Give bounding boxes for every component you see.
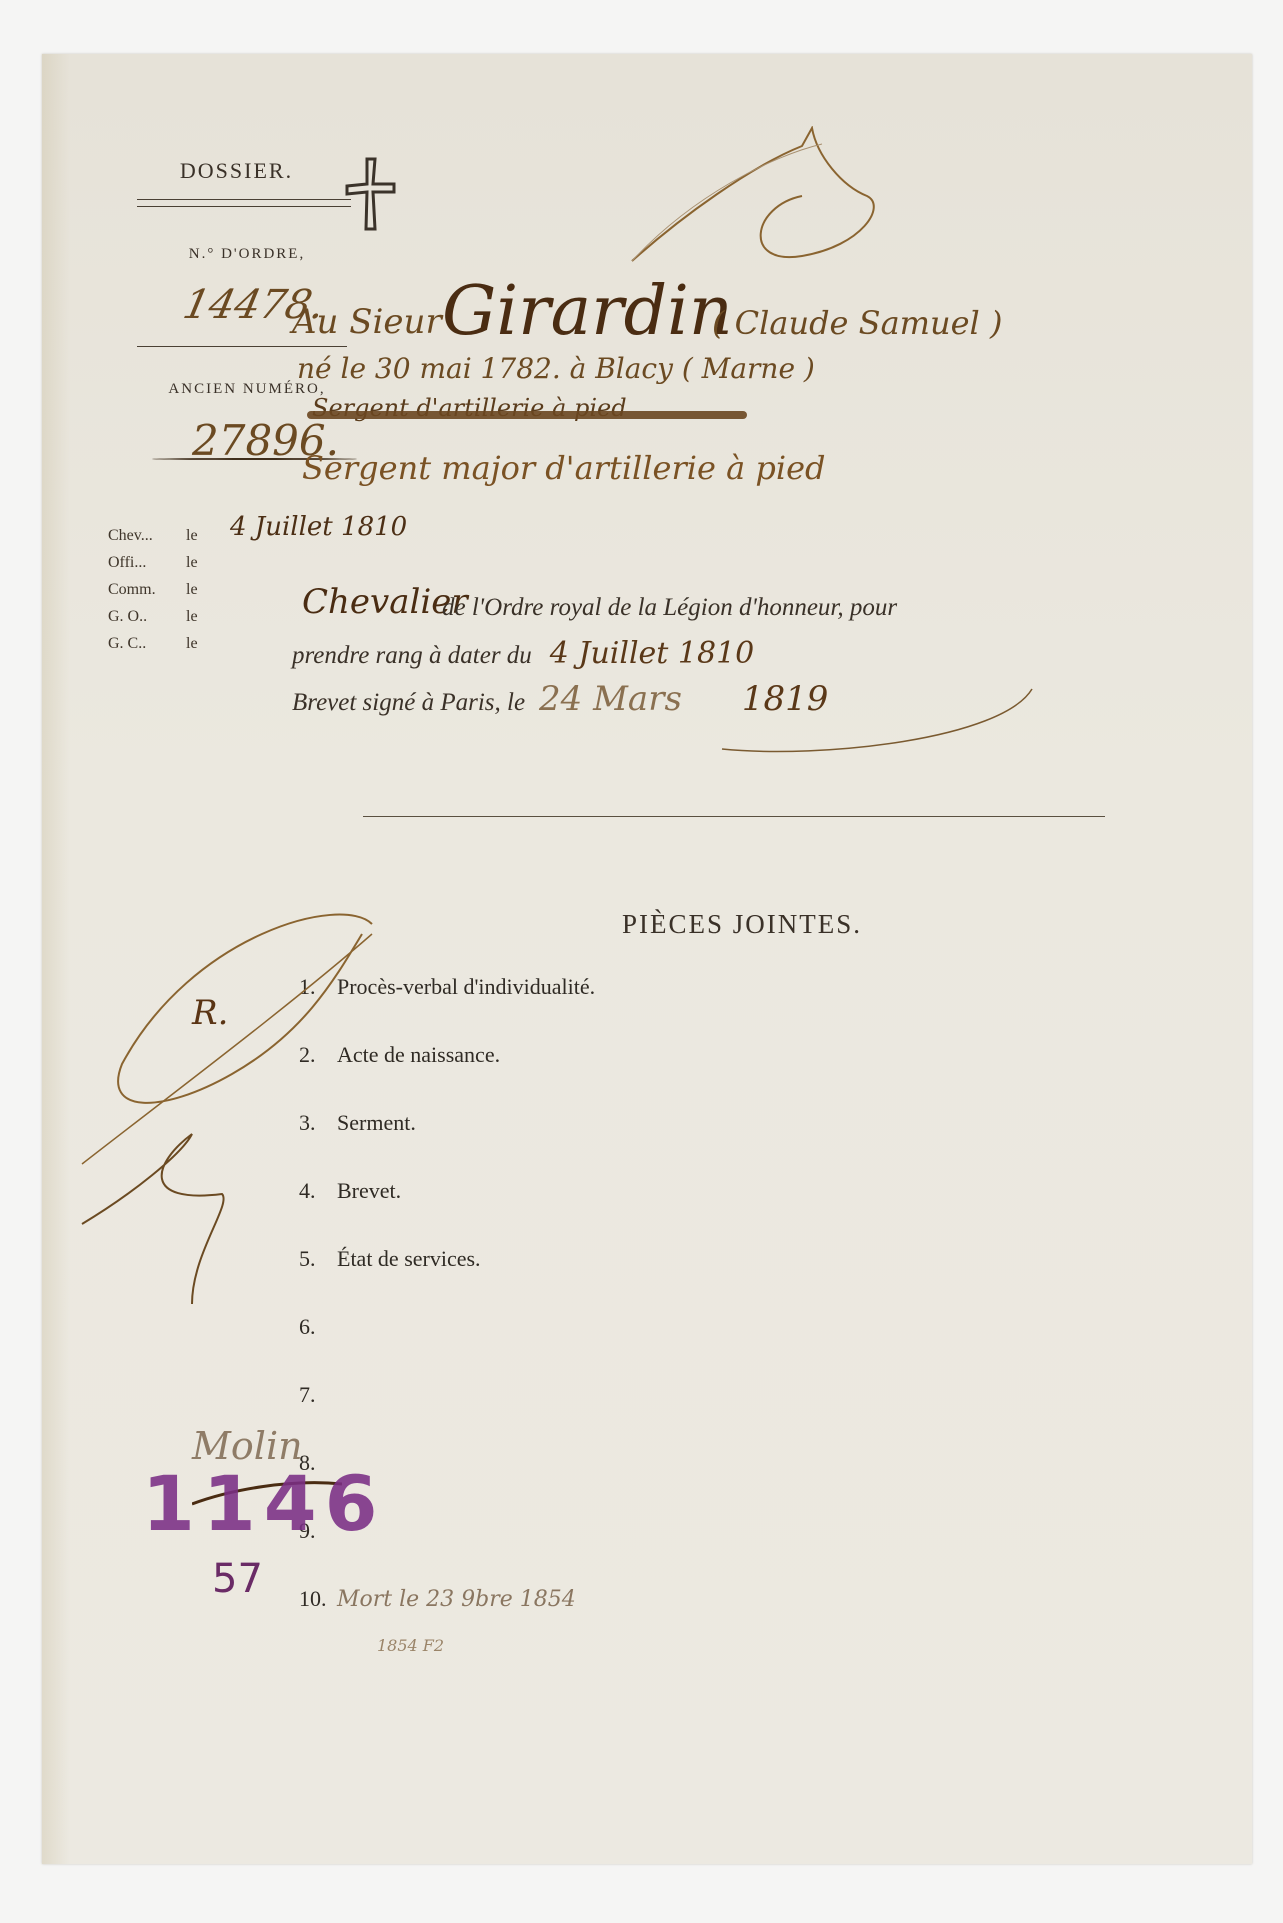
item-number: 10. (299, 1586, 337, 1612)
divider (137, 199, 351, 200)
pieces-jointes-title: PIÈCES JOINTES. (442, 909, 1042, 940)
grade-abbr: Offi... (108, 549, 186, 576)
grade-row: Chev...le (108, 522, 198, 549)
paraphe-flourish-icon: R. (72, 894, 402, 1314)
archive-sub-number: 57 (212, 1556, 263, 1602)
award-line-1: de l'Ordre royal de la Légion d'honneur,… (442, 594, 897, 622)
list-item: 7. (299, 1382, 337, 1408)
grade-abbr: G. C.. (108, 630, 186, 657)
chevalier-date: 4 Juillet 1810 (230, 512, 407, 542)
brevet-label: Brevet signé à Paris, le (292, 689, 525, 716)
grade-abbr: G. O.. (108, 603, 186, 630)
grade-abbr: Chev... (108, 522, 186, 549)
dossier-title: DOSSIER. (144, 158, 329, 184)
award-line-2: prendre rang à dater du4 Juillet 1810 (292, 636, 754, 671)
item-number: 6. (299, 1314, 337, 1340)
flourish-underline (702, 679, 1062, 759)
grade-abbr: Comm. (108, 576, 186, 603)
grade-row: Offi...le (108, 549, 198, 576)
grade-row: Comm.le (108, 576, 198, 603)
strikethrough-bar (307, 411, 747, 419)
grade-le: le (186, 549, 198, 576)
grade-le: le (186, 576, 198, 603)
recipient-given-names: ( Claude Samuel ) (712, 304, 1002, 342)
grade-list: Chev...le Offi...le Comm.le G. O..le G. … (108, 522, 198, 657)
rank-date-value: 4 Juillet 1810 (550, 636, 754, 671)
section-divider (363, 816, 1105, 817)
initial-flourish-icon (602, 126, 882, 276)
divider (137, 206, 351, 207)
au-sieur-label: Au Sieur (292, 302, 442, 342)
list-item: 10.Mort le 23 9bre 1854 (299, 1586, 576, 1612)
cross-mark-icon (342, 154, 402, 234)
birth-info: né le 30 mai 1782. à Blacy ( Marne ) (297, 352, 815, 385)
rank-date-label: prendre rang à dater du (292, 642, 532, 669)
divider (137, 346, 347, 347)
margin-initials: R. (191, 993, 228, 1033)
item-number: 7. (299, 1382, 337, 1408)
ordre-label: N.° D'ORDRE, (142, 246, 352, 263)
archive-stamp-number: 1146 (142, 1459, 386, 1548)
recipient-surname: Girardin (442, 272, 733, 351)
brevet-date: 24 Mars (539, 679, 682, 719)
grade-le: le (186, 630, 198, 657)
grade-row: G. C..le (108, 630, 198, 657)
grade-le: le (186, 522, 198, 549)
item-10-subnote: 1854 F2 (377, 1636, 444, 1655)
list-item: 6. (299, 1314, 337, 1340)
item-label: Mort le 23 9bre 1854 (337, 1587, 576, 1612)
grade-row: G. O..le (108, 603, 198, 630)
grade-le: le (186, 603, 198, 630)
recipient-rank: Sergent major d'artillerie à pied (302, 449, 825, 487)
document-page: DOSSIER. N.° D'ORDRE, 14478. ANCIEN NUMÉ… (42, 54, 1252, 1864)
